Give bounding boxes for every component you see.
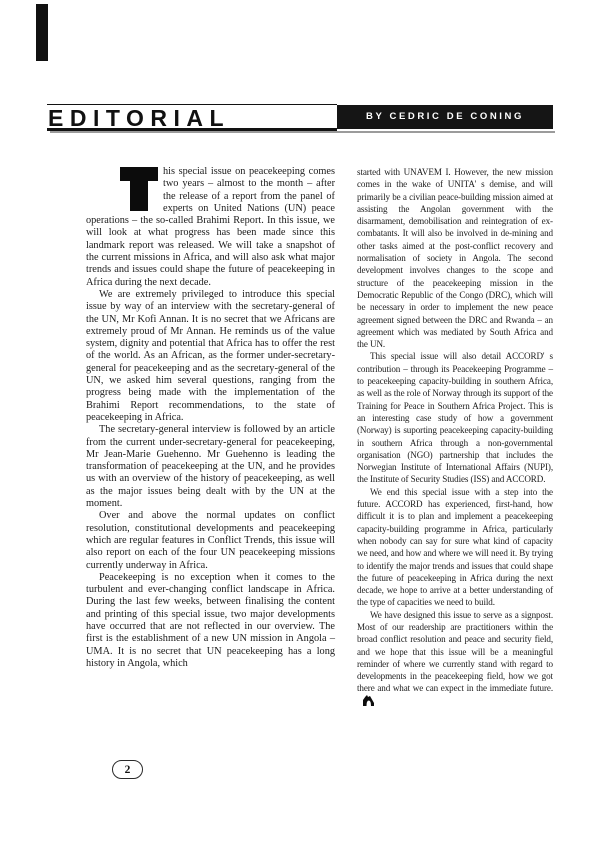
header-bottom-rule <box>47 128 337 131</box>
page-number-badge: 2 <box>112 760 143 779</box>
paragraph: Over and above the normal updates on con… <box>86 510 335 571</box>
page-number: 2 <box>125 764 131 776</box>
paragraph: T his special issue on peacekeeping come… <box>86 166 335 289</box>
byline: BY CEDRIC DE CONING <box>366 111 524 122</box>
page-edge-tab <box>36 4 48 61</box>
paragraph: The secretary-general interview is follo… <box>86 424 335 510</box>
paragraph-text: We have designed this issue to serve as … <box>357 610 553 694</box>
paragraph: We end this special issue with a step in… <box>357 486 553 609</box>
paragraph: We are extremely privileged to introduce… <box>86 289 335 424</box>
accord-logo-icon <box>362 695 375 706</box>
paragraph: We have designed this issue to serve as … <box>357 609 553 708</box>
article-column-left: T his special issue on peacekeeping come… <box>86 166 335 670</box>
article-column-right: started with UNAVEM I. However, the new … <box>357 166 553 708</box>
byline-box: BY CEDRIC DE CONING <box>337 105 553 130</box>
drop-cap-stem <box>130 167 148 211</box>
paragraph: This special issue will also detail ACCO… <box>357 350 553 485</box>
paragraph: Peacekeeping is no exception when it com… <box>86 572 335 670</box>
paragraph: started with UNAVEM I. However, the new … <box>357 166 553 350</box>
drop-cap: T <box>86 166 163 214</box>
editorial-page: EDITORIAL BY CEDRIC DE CONING T his spec… <box>0 0 595 842</box>
